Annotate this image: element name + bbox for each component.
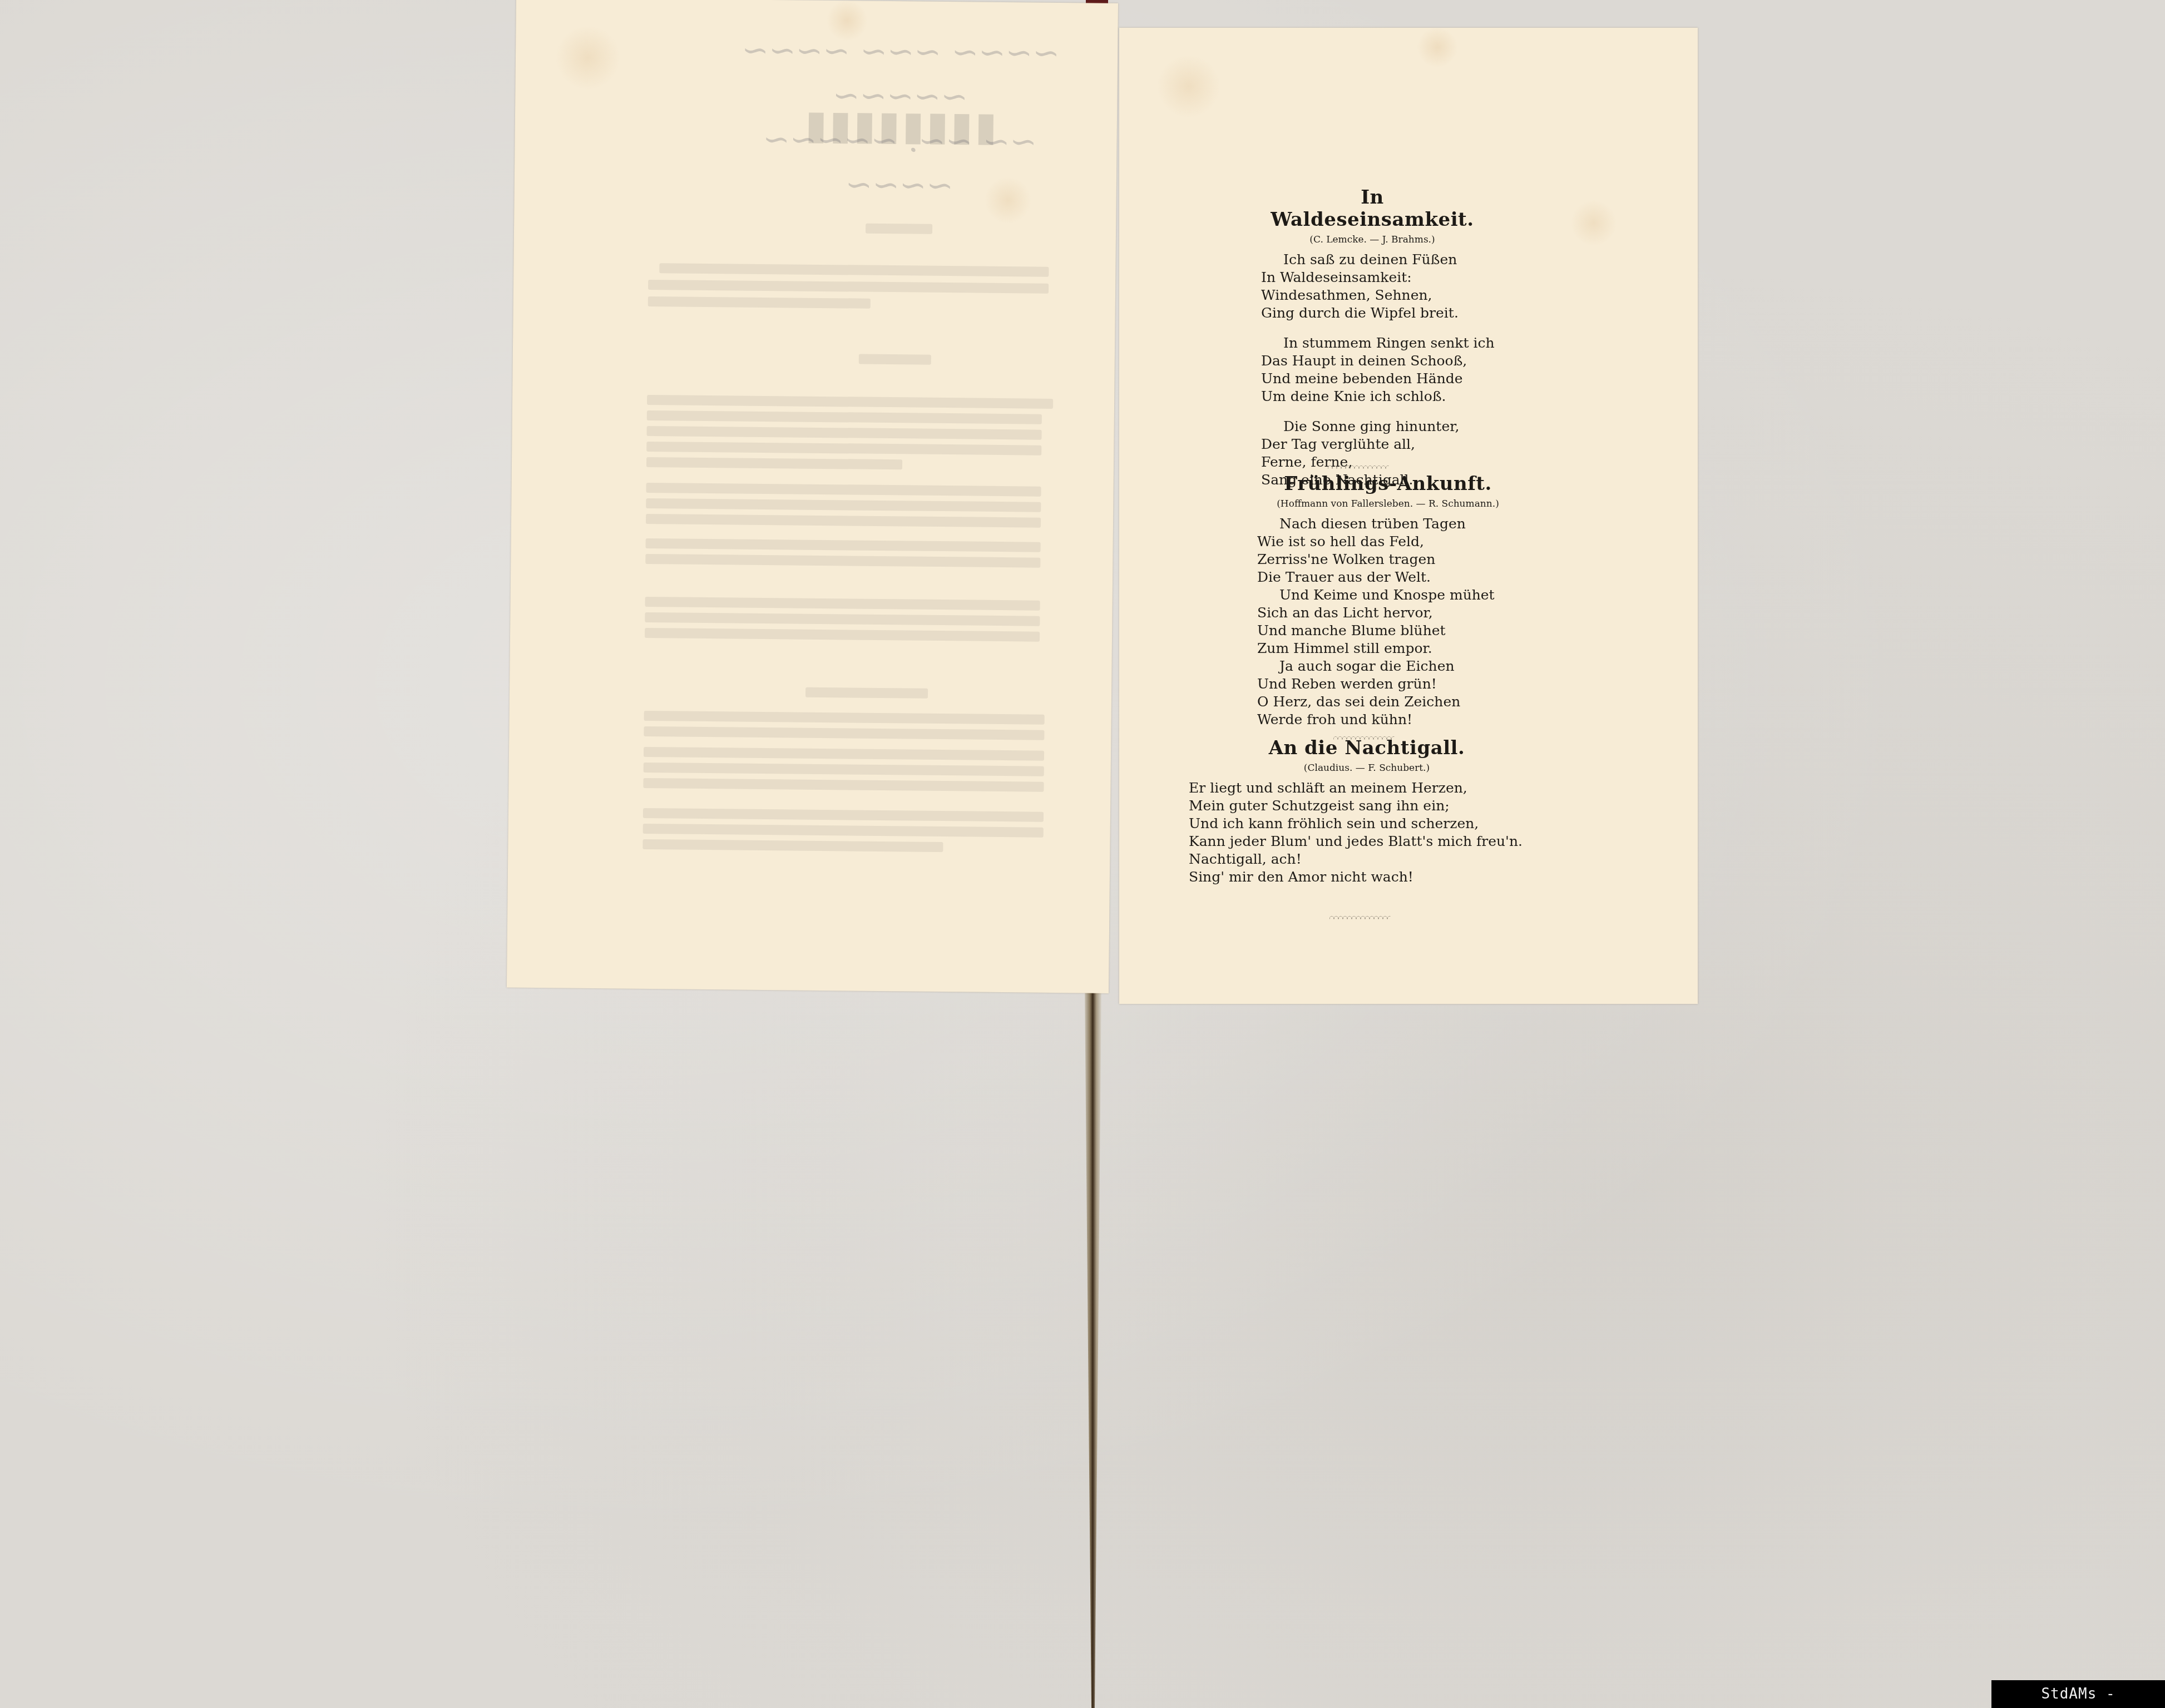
poem-line: In Waldeseinsamkeit:: [1261, 269, 1484, 286]
poem-line: Sing' mir den Amor nicht wach!: [1189, 868, 1545, 886]
left-page: ~~~~ ~~~ ~~~~ ~~~~~~~ ~~. ~~~~~ ~~~~ ▮▮▮…: [507, 0, 1118, 993]
poem-line: Ich saß zu deinen Füßen: [1261, 251, 1484, 269]
poem-line: Zerriss'ne Wolken tragen: [1257, 551, 1519, 568]
poem-line: Kann jeder Blum' und jedes Blatt's mich …: [1189, 833, 1545, 850]
poem-fruehlings-ankunft: Frühlings-Ankunft. (Hoffmann von Fallers…: [1257, 473, 1519, 729]
poem-line: Und meine bebenden Hände: [1261, 370, 1484, 388]
poem-line: Windesathmen, Sehnen,: [1261, 286, 1484, 304]
poem-line: Das Haupt in deinen Schooß,: [1261, 352, 1484, 370]
right-page: In Waldeseinsamkeit. (C. Lemcke. — J. Br…: [1119, 28, 1698, 1004]
show-through-text: ~~~~ ~~~ ~~~~ ~~~~~~~ ~~. ~~~~~ ~~~~ ▮▮▮…: [507, 0, 1118, 993]
ornamental-divider: [1328, 464, 1389, 469]
poem-lines: Nach diesen trüben Tagen Wie ist so hell…: [1257, 515, 1519, 729]
poem-line: Werde froh und kühn!: [1257, 711, 1519, 729]
poem-line: Ja auch sogar die Eichen: [1257, 657, 1519, 675]
ornamental-divider: [1329, 915, 1391, 919]
poem-credits: (C. Lemcke. — J. Brahms.): [1261, 234, 1484, 245]
poem-title: In Waldeseinsamkeit.: [1261, 186, 1484, 231]
poem-line: Und Keime und Knospe mühet: [1257, 586, 1519, 604]
poem-line: Ging durch die Wipfel breit.: [1261, 304, 1484, 322]
poem-line: Nach diesen trüben Tagen: [1257, 515, 1519, 533]
poem-list: In Waldeseinsamkeit. (C. Lemcke. — J. Br…: [1119, 28, 1698, 1004]
poem-credits: (Claudius. — F. Schubert.): [1189, 763, 1545, 774]
poem-line: Mein guter Schutzgeist sang ihn ein;: [1189, 797, 1545, 815]
poem-line: Der Tag verglühte all,: [1261, 435, 1484, 453]
book-spine-gap: [1085, 990, 1101, 1708]
poem-line: Wie ist so hell das Feld,: [1257, 533, 1519, 551]
poem-line: In stummem Ringen senkt ich: [1261, 334, 1484, 352]
poem-title: An die Nachtigall.: [1189, 737, 1545, 759]
handwritten-note-show-through: ~~~~ ~~~ ~~~~ ~~~~~~~ ~~. ~~~~~ ~~~~: [704, 27, 1095, 209]
programm-heading-show-through: ▮▮▮▮▮▮▮▮: [760, 100, 1039, 150]
poem-lines: Ich saß zu deinen Füßen In Waldeseinsamk…: [1261, 251, 1484, 489]
poem-line: Und manche Blume blühet: [1257, 622, 1519, 640]
archive-label: StdAMs - MV_003_279: [1991, 1680, 2165, 1708]
poem-line: O Herz, das sei dein Zeichen: [1257, 693, 1519, 711]
poem-line: Sich an das Licht hervor,: [1257, 604, 1519, 622]
poem-line: Und ich kann fröhlich sein und scherzen,: [1189, 815, 1545, 833]
poem-lines: Er liegt und schläft an meinem Herzen, M…: [1189, 779, 1545, 886]
poem-an-die-nachtigall: An die Nachtigall. (Claudius. — F. Schub…: [1189, 737, 1545, 886]
poem-line: Nachtigall, ach!: [1189, 850, 1545, 868]
poem-line: Die Trauer aus der Welt.: [1257, 568, 1519, 586]
poem-line: Zum Himmel still empor.: [1257, 640, 1519, 657]
poem-title: Frühlings-Ankunft.: [1257, 473, 1519, 495]
poem-line: Um deine Knie ich schloß.: [1261, 388, 1484, 405]
poem-credits: (Hoffmann von Fallersleben. — R. Schuman…: [1257, 498, 1519, 509]
poem-line: Und Reben werden grün!: [1257, 675, 1519, 693]
poem-line: Er liegt und schläft an meinem Herzen,: [1189, 779, 1545, 797]
poem-line: Die Sonne ging hinunter,: [1261, 418, 1484, 435]
poem-in-waldeseinsamkeit: In Waldeseinsamkeit. (C. Lemcke. — J. Br…: [1261, 186, 1484, 489]
